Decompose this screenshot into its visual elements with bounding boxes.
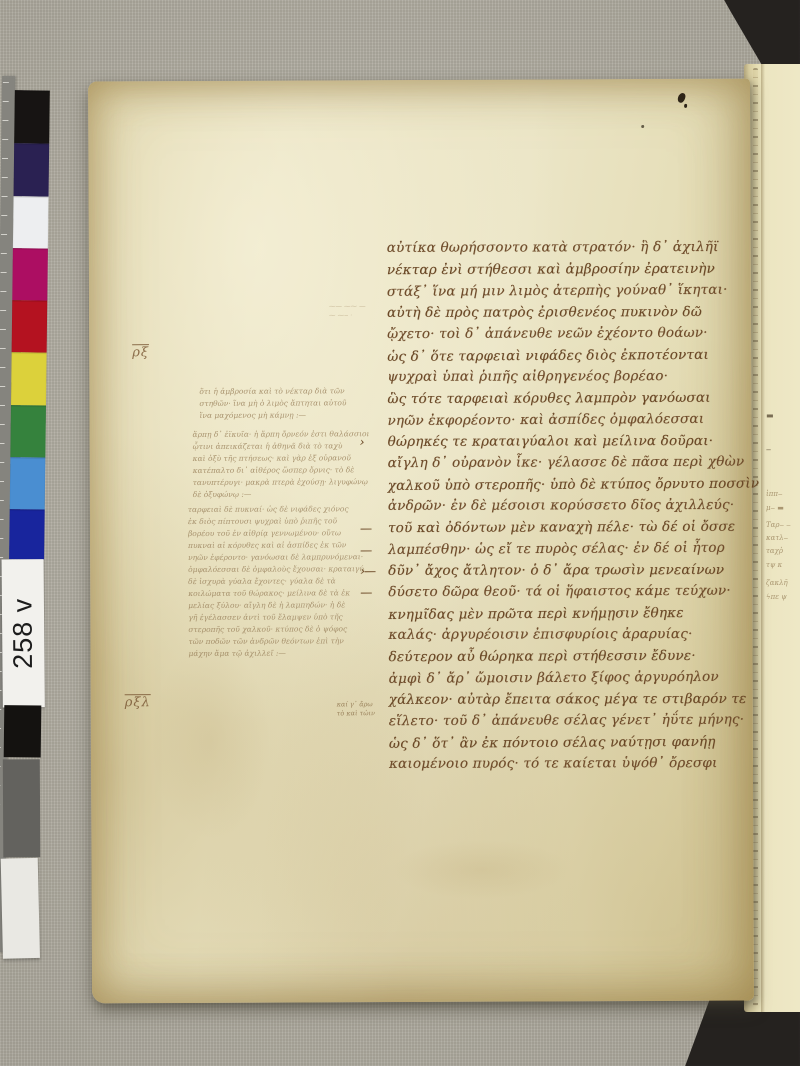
diple-obelus-mark: ›— bbox=[360, 560, 386, 582]
scholia-line: μάχην ἅμα τῷ ἀχιλλεῖ :— bbox=[188, 647, 364, 660]
scholia-line: μελίας ξύλου· αἴγλη δὲ ἡ λαμπηδών· ἡ δὲ bbox=[188, 599, 364, 612]
recto-margin-mark: ‒ bbox=[766, 446, 771, 454]
verse-line: ψυχραὶ ὑπαὶ ῥιπῆς αἰθρηγενέος βορέαο· bbox=[359, 366, 759, 389]
verse-line: καλάς· ἀργυρέοισιν ἐπισφυρίοις ἀραρυίας· bbox=[360, 624, 760, 647]
folio-label-sticker: 258 v bbox=[2, 559, 45, 707]
verse-line: ὡς δ᾽ ὅτ᾽ ἂν ἐκ πόντοιο σέλας ναύτῃσι φα… bbox=[361, 731, 761, 755]
verse-line: χαλκοῦ ὑπὸ στεροπῆς· ὑπὸ δὲ κτύπος ὄρνυτ… bbox=[360, 473, 760, 497]
verse-line: καιομένοιο πυρός· τό τε καίεται ὑψόθ᾽ ὄρ… bbox=[361, 753, 761, 776]
color-calibration-bar: 258 v bbox=[0, 76, 50, 967]
scholia-line: στεροπῆς τοῦ χαλκοῦ· κτύπος δὲ ὁ ψόφος bbox=[188, 623, 364, 636]
verse-line: αἴγλη δ᾽ οὐρανὸν ἷκε· γέλασσε δὲ πᾶσα πε… bbox=[360, 452, 760, 475]
recto-scholia-fragment: μ‒ ▬ bbox=[766, 504, 784, 512]
verse-line: νηῶν ἐκφορέοντο· καὶ ἀσπίδες ὀμφαλόεσσαι bbox=[359, 409, 759, 433]
scholia-line: ἵνα μαχόμενος μὴ κάμνῃ :— bbox=[199, 409, 375, 422]
folio-number-label: 258 v bbox=[7, 598, 39, 669]
scholia-line: νηῶν ἐφέροντο· γανόωσαι δὲ λαμπρυνόμεναι… bbox=[188, 551, 364, 564]
color-patch-dark-blue bbox=[9, 509, 45, 559]
scholia-line: ὀμφαλόεσσαι δὲ ὀμφαλοὺς ἔχουσαι· κραταιγ… bbox=[188, 563, 364, 576]
quire-mark-upper: ρξ bbox=[132, 345, 149, 360]
verse-line: εἵλετο· τοῦ δ᾽ ἀπάνευθε σέλας γένετ᾽ ἠΰτ… bbox=[361, 710, 761, 733]
scholia-line: τῶν ποδῶν τῶν ἀνδρῶν θεόντων ἐπὶ τὴν bbox=[188, 635, 364, 648]
color-patch-red bbox=[12, 300, 48, 352]
color-patch-green bbox=[10, 405, 46, 457]
scholia-block-a: ὅτι ἡ ἀμβροσία καὶ τὸ νέκταρ διὰ τῶν στη… bbox=[199, 385, 375, 422]
color-patch-magenta bbox=[12, 248, 48, 300]
recto-margin-mark: ▬ bbox=[766, 412, 774, 420]
verse-line: κνημῖδας μὲν πρῶτα περὶ κνήμῃσιν ἔθηκε bbox=[360, 602, 760, 626]
scholia-line: δὲ ἰσχυρὰ γύαλα ἔχοντες· γύαλα δὲ τὰ bbox=[188, 575, 364, 588]
obelus-mark: — bbox=[360, 540, 386, 562]
wormhole bbox=[684, 104, 687, 108]
color-patch-column bbox=[9, 90, 50, 559]
verse-line: ἀνδρῶν· ἐν δὲ μέσοισι κορύσσετο δῖος ἀχι… bbox=[360, 495, 760, 518]
scholia-line: δὲ ὀξυφώνῳ :— bbox=[193, 488, 369, 501]
color-patch-light-blue bbox=[10, 457, 46, 509]
obelus-mark: — bbox=[360, 518, 386, 540]
quire-mark-lower: ρξλ bbox=[125, 695, 151, 710]
scholia-line: βορέου τοῦ ἐν αἰθρίᾳ γεννωμένου· οὕτω bbox=[188, 527, 364, 540]
scholia-line: γῆ ἐγέλασσεν ἀντὶ τοῦ ἔλαμψεν ὑπὸ τῆς bbox=[188, 611, 364, 624]
manuscript-photo: ▬ ‒ ἱππ‒ μ‒ ▬ Ταρ‒ ‒ κατλ‒ ταχῤ τψ κ ζακ… bbox=[0, 0, 800, 1066]
scholia-line: κατέπαλτο δι᾽ αἰθέρος ὥσπερ ὄρνις· τὸ δὲ bbox=[193, 464, 369, 477]
parchment-stain bbox=[391, 839, 571, 900]
parchment-stain bbox=[150, 641, 271, 842]
recto-scholia-fragment: κατλ‒ bbox=[766, 534, 788, 542]
scholia-line: στηθῶν· ἵνα μὴ ὁ λιμὸς ἅπτηται αὐτοῦ bbox=[199, 397, 375, 410]
verse-line: νέκταρ ἐνὶ στήθεσσι καὶ ἀμβροσίην ἐρατει… bbox=[359, 258, 759, 281]
recto-scholia-fragment: ἱππ‒ bbox=[766, 490, 782, 498]
scholia-line: ἐκ διὸς πίπτουσι ψυχραὶ ὑπὸ ῥιπῆς τοῦ bbox=[188, 515, 364, 528]
scholia-block-b: ἅρπῃ δ᾽ ἐϊκυῖα· ἡ ἅρπη ὄρνεόν ἐστι θαλάσ… bbox=[193, 428, 369, 501]
verse-line: ›—δῦν᾽ ἄχος ἄτλητον· ὁ δ᾽ ἄρα τρωσὶν μεν… bbox=[360, 559, 760, 582]
verse-line: —λαμπέσθην· ὡς εἴ τε πυρὸς σέλας· ἐν δέ … bbox=[360, 538, 760, 562]
scholia-line: ὅτι ἡ ἀμβροσία καὶ τὸ νέκταρ διὰ τῶν bbox=[199, 385, 375, 398]
wormhole bbox=[677, 92, 687, 104]
verse-line: —δύσετο δῶρα θεοῦ· τά οἱ ἥφαιστος κάμε τ… bbox=[360, 581, 760, 604]
recto-scholia-fragment: ϟπε ψ bbox=[766, 593, 787, 601]
ink-speck bbox=[641, 125, 644, 128]
scholia-line: καὶ ὀξὺ τῆς πτήσεως· καὶ γὰρ ἐξ οὐρανοῦ bbox=[193, 452, 369, 465]
verse-line: —τοῦ καὶ ὀδόντων μὲν καναχὴ πέλε· τὼ δέ … bbox=[360, 516, 760, 539]
tail-patch-gray bbox=[3, 759, 41, 857]
verse-line: στάξ᾽ ἵνα μή μιν λιμὸς ἀτερπὴς γούναθ᾽ ἵ… bbox=[359, 280, 759, 304]
color-patch-navy bbox=[14, 143, 50, 196]
scholia-line: ᾧτινι ἀπεικάζεται ἡ ἀθηνᾶ διὰ τὸ ταχὺ bbox=[193, 440, 369, 453]
verse-line: αὐτίκα θωρήσσοντο κατὰ στρατόν· ἣ δ᾽ ἀχι… bbox=[359, 237, 759, 260]
color-patch-white bbox=[13, 196, 49, 248]
scholia-block-c: ταρφειαὶ δὲ πυκναί· ὡς δὲ νιφάδες χιόνος… bbox=[188, 503, 365, 660]
diple-mark: › bbox=[360, 431, 386, 453]
verse-line: ὡς δ᾽ ὅτε ταρφειαὶ νιφάδες διὸς ἐκποτέον… bbox=[359, 344, 759, 368]
manuscript-page-258v: ρξ ρξλ ⁓— ⁓⁓ — ⁓ ⁓‒ · ὅτι ἡ ἀμβροσία καὶ… bbox=[88, 79, 754, 1004]
color-patch-black bbox=[14, 90, 50, 143]
verse-line: ᾤχετο· τοὶ δ᾽ ἀπάνευθε νεῶν ἐχέοντο θοάω… bbox=[359, 323, 759, 346]
verse-line: δεύτερον αὖ θώρηκα περὶ στήθεσσιν ἔδυνε· bbox=[360, 645, 760, 668]
tail-patch-white bbox=[1, 858, 40, 959]
verse-line: ὣς τότε ταρφειαὶ κόρυθες λαμπρὸν γανόωσα… bbox=[359, 387, 759, 410]
recto-scholia-fragment: ζακλῆ bbox=[766, 579, 788, 587]
scholia-line: κοιλώματα τοῦ θώρακος· μείλινα δὲ τὰ ἐκ bbox=[188, 587, 364, 600]
recto-scholia-fragment: ταχῤ bbox=[766, 547, 783, 555]
recto-scholia-fragment: τψ κ bbox=[766, 561, 782, 569]
scholia-line: πυκναὶ αἱ κόρυθες καὶ αἱ ἀσπίδες ἐκ τῶν bbox=[188, 539, 364, 552]
scholia-line: ταρφειαὶ δὲ πυκναί· ὡς δὲ νιφάδες χιόνος bbox=[188, 503, 364, 516]
iliad-text-column: αὐτίκα θωρήσσοντο κατὰ στρατόν· ἣ δ᾽ ἀχι… bbox=[359, 237, 761, 776]
verse-line: ἀμφὶ δ᾽ ἄρ᾽ ὤμοισιν βάλετο ξίφος ἀργυρόη… bbox=[361, 667, 761, 691]
obelus-mark: — bbox=[360, 582, 386, 604]
tail-patch-black bbox=[4, 705, 42, 757]
verse-line: ›θώρηκές τε κραταιγύαλοι καὶ μείλινα δοῦ… bbox=[360, 430, 760, 453]
verse-line: αὐτὴ δὲ πρὸς πατρὸς ἐρισθενέος πυκινὸν δ… bbox=[359, 301, 759, 324]
scholia-line: ἅρπῃ δ᾽ ἐϊκυῖα· ἡ ἅρπη ὄρνεόν ἐστι θαλάσ… bbox=[193, 428, 369, 441]
scholia-line: τανυπτέρυγι· μακρὰ πτερὰ ἐχούσῃ· λιγυφών… bbox=[193, 476, 369, 489]
verse-line: χάλκεον· αὐτὰρ ἔπειτα σάκος μέγα τε στιβ… bbox=[361, 688, 761, 711]
recto-scholia-fragment: Ταρ‒ ‒ bbox=[766, 521, 791, 529]
color-patch-yellow bbox=[11, 352, 47, 405]
